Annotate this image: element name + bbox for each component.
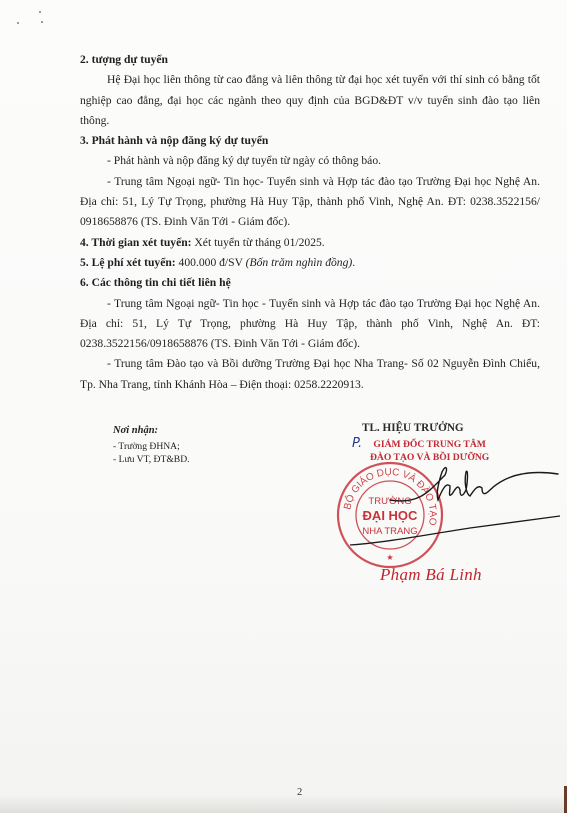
scan-speck	[41, 21, 43, 23]
signer-title: TL. HIỆU TRƯỞNG	[362, 422, 464, 434]
handwritten-p-mark: P.	[352, 436, 362, 451]
scan-shadow	[0, 795, 567, 813]
section-5-end: .	[352, 256, 355, 269]
section-6-heading: 6. Các thông tin chi tiết liên hệ	[80, 273, 540, 293]
section-3-heading: 3. Phát hành và nộp đăng ký dự tuyển	[80, 131, 540, 151]
recipient-item: - Lưu VT, ĐT&BD.	[113, 453, 190, 466]
section-5: 5. Lệ phí xét tuyển: 400.000 đ/SV (Bốn t…	[80, 253, 540, 273]
section-4-value: Xét tuyển từ tháng 01/2025.	[192, 236, 325, 249]
signature-block: Nơi nhận: - Trường ĐHNA; - Lưu VT, ĐT&BD…	[0, 390, 567, 620]
scan-speck	[17, 22, 19, 24]
section-5-value: 400.000 đ/SV	[176, 256, 246, 269]
handwritten-signature-icon	[350, 450, 560, 580]
section-3-item: - Trung tâm Ngoại ngữ- Tin học- Tuyển si…	[80, 172, 540, 233]
section-2-body: Hệ Đại học liên thông từ cao đẳng và liê…	[80, 70, 540, 131]
section-5-note: (Bốn trăm nghìn đồng)	[246, 256, 353, 269]
section-6-item: - Trung tâm Đào tạo và Bồi dưỡng Trường …	[80, 354, 540, 395]
recipients-title: Nơi nhận:	[113, 424, 190, 437]
scan-speck	[39, 11, 41, 13]
recipient-item: - Trường ĐHNA;	[113, 440, 190, 453]
recipients: Nơi nhận: - Trường ĐHNA; - Lưu VT, ĐT&BD…	[113, 424, 190, 466]
section-3-item: - Phát hành và nộp đăng ký dự tuyển từ n…	[80, 151, 540, 171]
section-2-heading: 2. tượng dự tuyển	[80, 50, 540, 70]
signer-name: Phạm Bá Linh	[380, 565, 482, 585]
section-4: 4. Thời gian xét tuyển: Xét tuyển từ thá…	[80, 233, 540, 253]
page-number: 2	[297, 787, 302, 798]
section-5-label: 5. Lệ phí xét tuyển:	[80, 256, 176, 269]
document-body: 2. tượng dự tuyển Hệ Đại học liên thông …	[80, 50, 540, 395]
section-4-label: 4. Thời gian xét tuyển:	[80, 236, 192, 249]
section-6-item: - Trung tâm Ngoại ngữ- Tin học - Tuyển s…	[80, 294, 540, 355]
